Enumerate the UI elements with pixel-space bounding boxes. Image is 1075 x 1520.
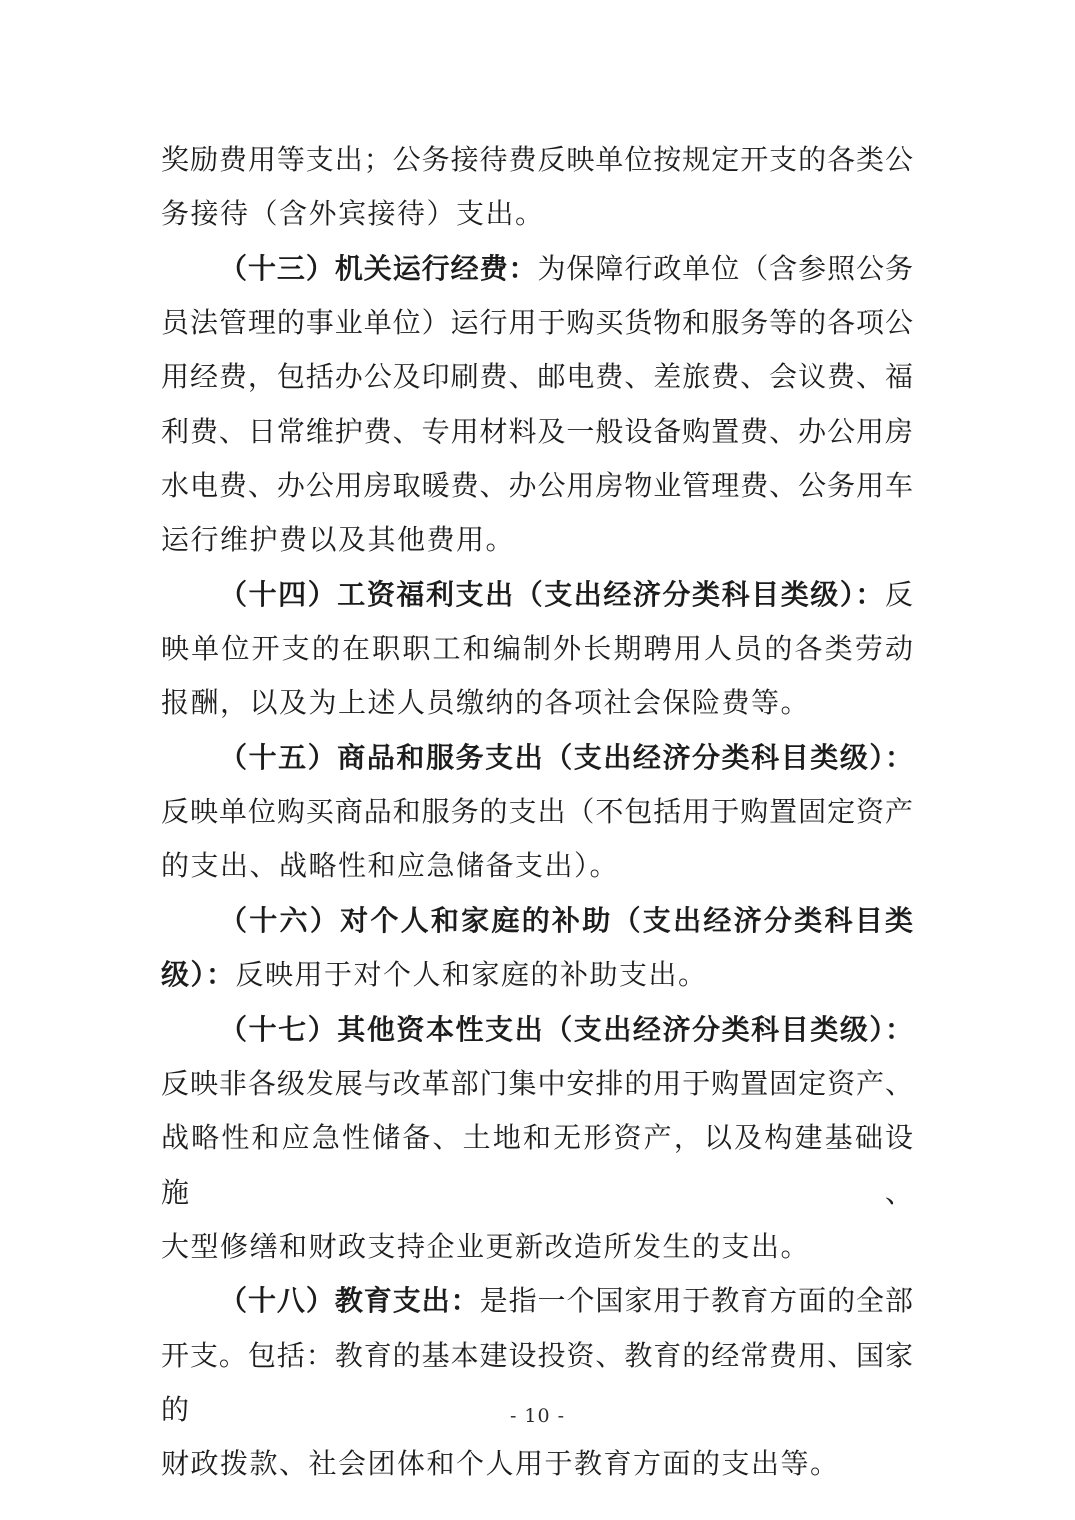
text-line: 员法管理的事业单位）运行用于购买货物和服务等的各项公	[161, 296, 913, 350]
text-segment: 利费、日常维护费、专用材料及一般设备购置费、办公用房	[161, 415, 913, 448]
document-page: 奖励费用等支出；公务接待费反映单位按规定开支的各类公务接待（含外宾接待）支出。（…	[0, 0, 1075, 1520]
text-segment: 用经费，包括办公及印刷费、邮电费、差旅费、会议费、福	[161, 360, 913, 393]
text-segment: 报酬，以及为上述人员缴纳的各项社会保险费等。	[161, 686, 810, 719]
heading-segment: （十三）机关运行经费：	[219, 252, 538, 285]
text-line: 映单位开支的在职职工和编制外长期聘用人员的各类劳动	[161, 622, 913, 676]
text-segment: 战略性和应急性储备、土地和无形资产，以及构建基础设施、	[161, 1121, 913, 1208]
text-line: 级）：反映用于对个人和家庭的补助支出。	[161, 948, 913, 1002]
text-segment: 财政拨款、社会团体和个人用于教育方面的支出等。	[161, 1447, 840, 1480]
text-segment: 奖励费用等支出；公务接待费反映单位按规定开支的各类公	[161, 143, 913, 176]
text-line: 水电费、办公用房取暖费、办公用房物业管理费、公务用车	[161, 459, 913, 513]
text-segment: 水电费、办公用房取暖费、办公用房物业管理费、公务用车	[161, 469, 913, 502]
text-line: （十三）机关运行经费：为保障行政单位（含参照公务	[161, 242, 913, 296]
text-segment: 大型修缮和财政支持企业更新改造所发生的支出。	[161, 1230, 810, 1263]
text-line: 大型修缮和财政支持企业更新改造所发生的支出。	[161, 1220, 913, 1274]
text-segment: 反映非各级发展与改革部门集中安排的用于购置固定资产、	[161, 1067, 913, 1100]
heading-segment: （十八）教育支出：	[219, 1284, 480, 1317]
text-line: （十六）对个人和家庭的补助（支出经济分类科目类	[161, 894, 913, 948]
document-body: 奖励费用等支出；公务接待费反映单位按规定开支的各类公务接待（含外宾接待）支出。（…	[161, 133, 913, 1492]
page-number: - 10 -	[510, 1405, 565, 1427]
text-line: 的支出、战略性和应急储备支出）。	[161, 839, 913, 893]
text-line: 务接待（含外宾接待）支出。	[161, 187, 913, 241]
text-segment: 映单位开支的在职职工和编制外长期聘用人员的各类劳动	[161, 632, 913, 665]
text-segment: 的支出、战略性和应急储备支出）。	[161, 849, 619, 882]
page-footer: - 10 -	[0, 1402, 1075, 1430]
text-segment: 反映用于对个人和家庭的补助支出。	[236, 958, 708, 991]
text-line: 报酬，以及为上述人员缴纳的各项社会保险费等。	[161, 676, 913, 730]
text-line: 财政拨款、社会团体和个人用于教育方面的支出等。	[161, 1437, 913, 1491]
text-segment: 运行维护费以及其他费用。	[161, 523, 515, 556]
text-line: （十八）教育支出：是指一个国家用于教育方面的全部	[161, 1274, 913, 1328]
text-segment: 反	[885, 578, 913, 611]
text-line: 用经费，包括办公及印刷费、邮电费、差旅费、会议费、福	[161, 350, 913, 404]
text-line: 运行维护费以及其他费用。	[161, 513, 913, 567]
text-segment: 是指一个国家用于教育方面的全部	[480, 1284, 913, 1317]
heading-segment: （十四）工资福利支出（支出经济分类科目类级）：	[219, 578, 885, 611]
text-segment: 员法管理的事业单位）运行用于购买货物和服务等的各项公	[161, 306, 913, 339]
text-segment: 反映单位购买商品和服务的支出（不包括用于购置固定资产	[161, 795, 913, 828]
text-line: 反映单位购买商品和服务的支出（不包括用于购置固定资产	[161, 785, 913, 839]
text-line: （十七）其他资本性支出（支出经济分类科目类级）：	[161, 1003, 913, 1057]
heading-segment: （十六）对个人和家庭的补助（支出经济分类科目类	[219, 904, 913, 937]
heading-segment: （十七）其他资本性支出（支出经济分类科目类级）：	[219, 1013, 913, 1046]
text-line: （十四）工资福利支出（支出经济分类科目类级）：反	[161, 568, 913, 622]
heading-segment: （十五）商品和服务支出（支出经济分类科目类级）：	[219, 741, 913, 774]
text-line: 战略性和应急性储备、土地和无形资产，以及构建基础设施、	[161, 1111, 913, 1220]
text-line: 奖励费用等支出；公务接待费反映单位按规定开支的各类公	[161, 133, 913, 187]
text-line: 反映非各级发展与改革部门集中安排的用于购置固定资产、	[161, 1057, 913, 1111]
text-line: 利费、日常维护费、专用材料及一般设备购置费、办公用房	[161, 405, 913, 459]
heading-segment: 级）：	[161, 958, 236, 991]
text-segment: 为保障行政单位（含参照公务	[538, 252, 913, 285]
text-segment: 务接待（含外宾接待）支出。	[161, 197, 545, 230]
text-line: （十五）商品和服务支出（支出经济分类科目类级）：	[161, 731, 913, 785]
